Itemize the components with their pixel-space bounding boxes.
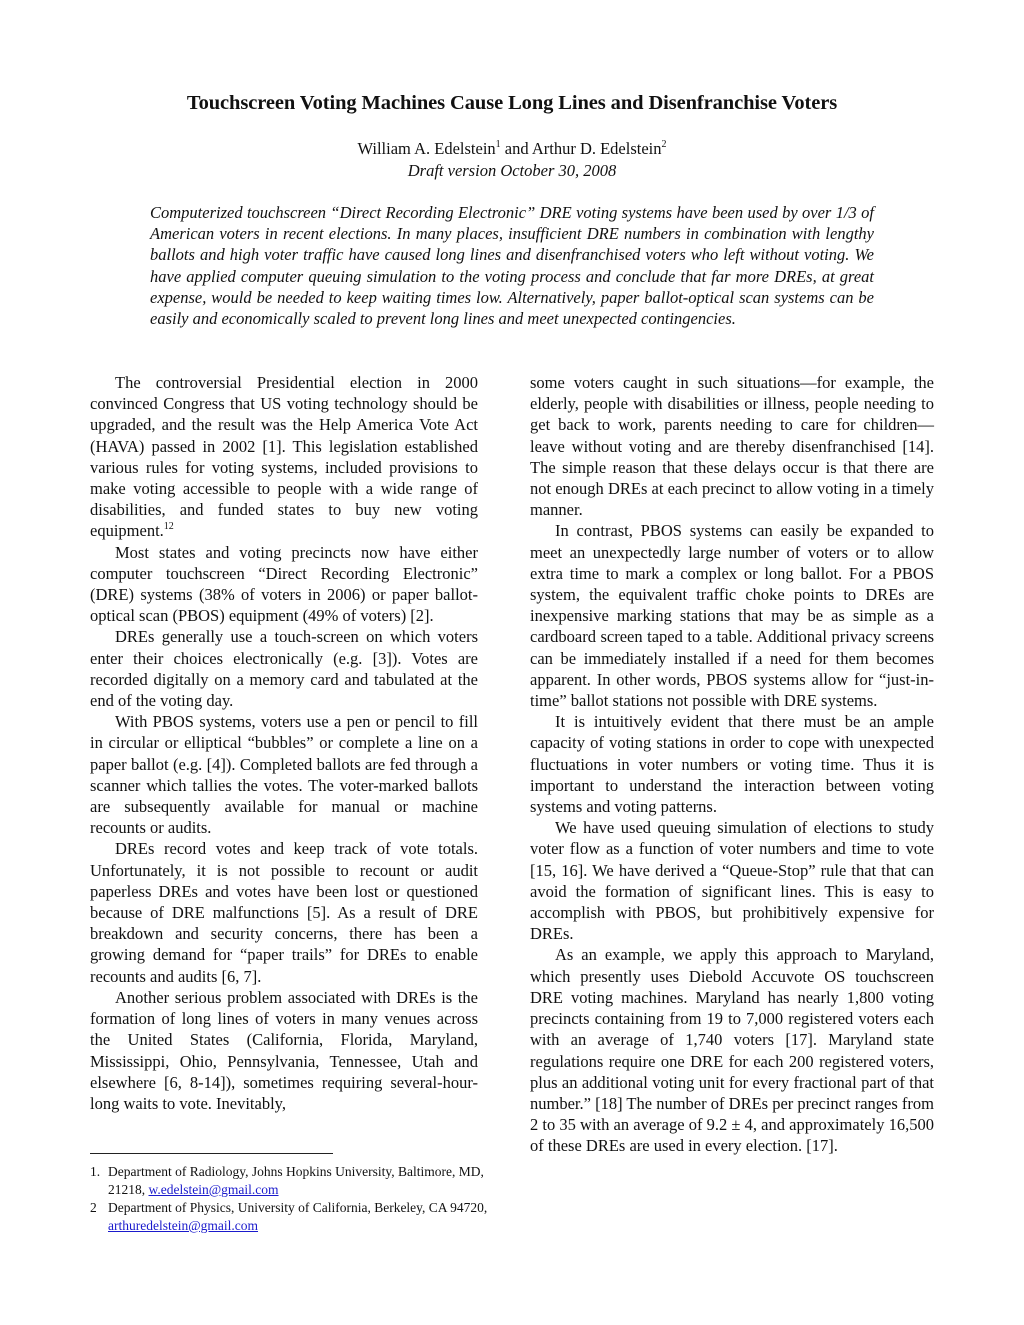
paragraph: Another serious problem associated with … (90, 987, 478, 1114)
footnote-divider (90, 1153, 333, 1154)
paragraph: We have used queuing simulation of elect… (530, 817, 934, 944)
footnote-marker: 12 (164, 521, 174, 532)
paper-title: Touchscreen Voting Machines Cause Long L… (0, 92, 1024, 115)
paragraph: DREs record votes and keep track of vote… (90, 838, 478, 986)
paragraph: The controversial Presidential election … (90, 372, 478, 542)
draft-version: Draft version October 30, 2008 (0, 161, 1024, 181)
email-link[interactable]: arthuredelstein@gmail.com (108, 1218, 258, 1233)
footnote-number: 1. (90, 1163, 108, 1198)
footnotes: 1. Department of Radiology, Johns Hopkin… (90, 1163, 510, 1235)
paragraph: With PBOS systems, voters use a pen or p… (90, 711, 478, 838)
author-2-affiliation-marker: 2 (662, 139, 667, 150)
email-link[interactable]: w.edelstein@gmail.com (149, 1182, 279, 1197)
author-1: William A. Edelstein (357, 139, 495, 158)
paragraph-text: The controversial Presidential election … (90, 373, 478, 540)
paragraph: Most states and voting precincts now hav… (90, 542, 478, 627)
footnote: 2 Department of Physics, University of C… (90, 1199, 510, 1234)
footnote-text: Department of Physics, University of Cal… (108, 1200, 487, 1215)
paragraph: As an example, we apply this approach to… (530, 944, 934, 1156)
left-column: The controversial Presidential election … (90, 372, 478, 1114)
footnote-body: Department of Physics, University of Cal… (108, 1199, 510, 1234)
footnote-body: Department of Radiology, Johns Hopkins U… (108, 1163, 510, 1198)
paragraph: In contrast, PBOS systems can easily be … (530, 520, 934, 711)
right-column: some voters caught in such situations—fo… (530, 372, 934, 1157)
abstract: Computerized touchscreen “Direct Recordi… (150, 202, 874, 329)
paragraph: some voters caught in such situations—fo… (530, 372, 934, 520)
author-2: Arthur D. Edelstein (532, 139, 662, 158)
author-separator: and (501, 139, 532, 158)
paragraph: It is intuitively evident that there mus… (530, 711, 934, 817)
footnote: 1. Department of Radiology, Johns Hopkin… (90, 1163, 510, 1198)
author-line: William A. Edelstein1 and Arthur D. Edel… (0, 139, 1024, 159)
paragraph: DREs generally use a touch-screen on whi… (90, 626, 478, 711)
footnote-number: 2 (90, 1199, 108, 1234)
